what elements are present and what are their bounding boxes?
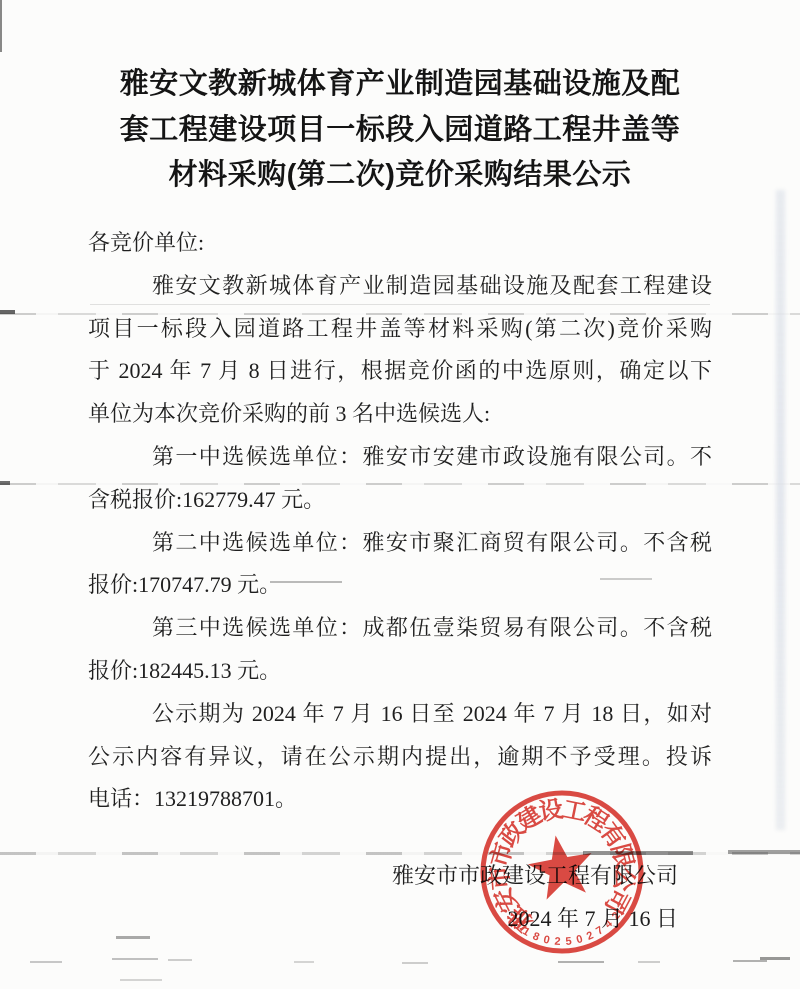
svg-text:8: 8 (531, 930, 541, 943)
scan-artifact-dash (0, 310, 15, 314)
title-line: 套工程建设项目一标段入园道路工程井盖等 (0, 108, 800, 154)
scanned-document-page: 雅安文教新城体育产业制造园基础设施及配 套工程建设项目一标段入园道路工程井盖等 … (0, 0, 800, 989)
scan-artifact-dash (30, 961, 62, 963)
scan-artifact-dash (120, 979, 162, 981)
body-line: 第二中选候选单位：雅安市聚汇商贸有限公司。不含税 (88, 522, 712, 565)
document-body: 各竞价单位: 雅安文教新城体育产业制造园基础设施及配套工程建设 项目一标段入园道… (88, 222, 712, 821)
body-line: 报价:170747.79 元。 (88, 564, 712, 607)
title-line: 雅安文教新城体育产业制造园基础设施及配 (0, 62, 800, 108)
scan-artifact-left-edge (0, 0, 2, 52)
scan-artifact-line (0, 852, 800, 855)
scan-artifact-dash (294, 961, 314, 963)
salutation: 各竞价单位: (88, 222, 712, 265)
body-line: 第三中选候选单位：成都伍壹柒贸易有限公司。不含税 (88, 607, 712, 650)
scan-artifact-dash (402, 962, 428, 964)
body-line: 含税报价:162779.47 元。 (88, 479, 712, 522)
scan-artifact-right-band (776, 190, 785, 830)
body-line: 公示期为 2024 年 7 月 16 日至 2024 年 7 月 18 日，如对 (88, 693, 712, 736)
svg-text:2: 2 (585, 929, 595, 942)
body-line: 雅安文教新城体育产业制造园基础设施及配套工程建设 (88, 265, 712, 308)
scan-artifact-dash (733, 960, 767, 962)
svg-text:2: 2 (554, 936, 561, 948)
official-seal: 雅安市市政建设工程有限公司518025027427 (462, 772, 662, 972)
body-line: 报价:182445.13 元。 (88, 650, 712, 693)
scan-artifact-dash (112, 958, 158, 960)
svg-text:7: 7 (594, 924, 606, 937)
title-line: 材料采购(第二次)竞价采购结果公示 (0, 153, 800, 199)
scan-artifact-dash (168, 959, 192, 961)
body-line: 第一中选候选单位：雅安市安建市政设施有限公司。不 (88, 436, 712, 479)
svg-text:0: 0 (542, 934, 551, 947)
svg-text:5: 5 (565, 935, 572, 948)
scan-artifact-dash (0, 481, 10, 485)
scan-artifact-dash (760, 957, 790, 960)
scan-artifact-dash (728, 850, 800, 854)
body-line: 单位为本次竞价采购的前 3 名中选候选人: (88, 393, 712, 436)
body-line: 项目一标段入园道路工程井盖等材料采购(第二次)竞价采购 (88, 308, 712, 351)
body-line: 于 2024 年 7 月 8 日进行，根据竞价函的中选原则，确定以下 (88, 350, 712, 393)
document-title: 雅安文教新城体育产业制造园基础设施及配 套工程建设项目一标段入园道路工程井盖等 … (0, 62, 800, 199)
official-seal-svg: 雅安市市政建设工程有限公司518025027427 (462, 772, 662, 972)
scan-artifact-dash (116, 936, 150, 939)
svg-text:0: 0 (575, 933, 584, 946)
